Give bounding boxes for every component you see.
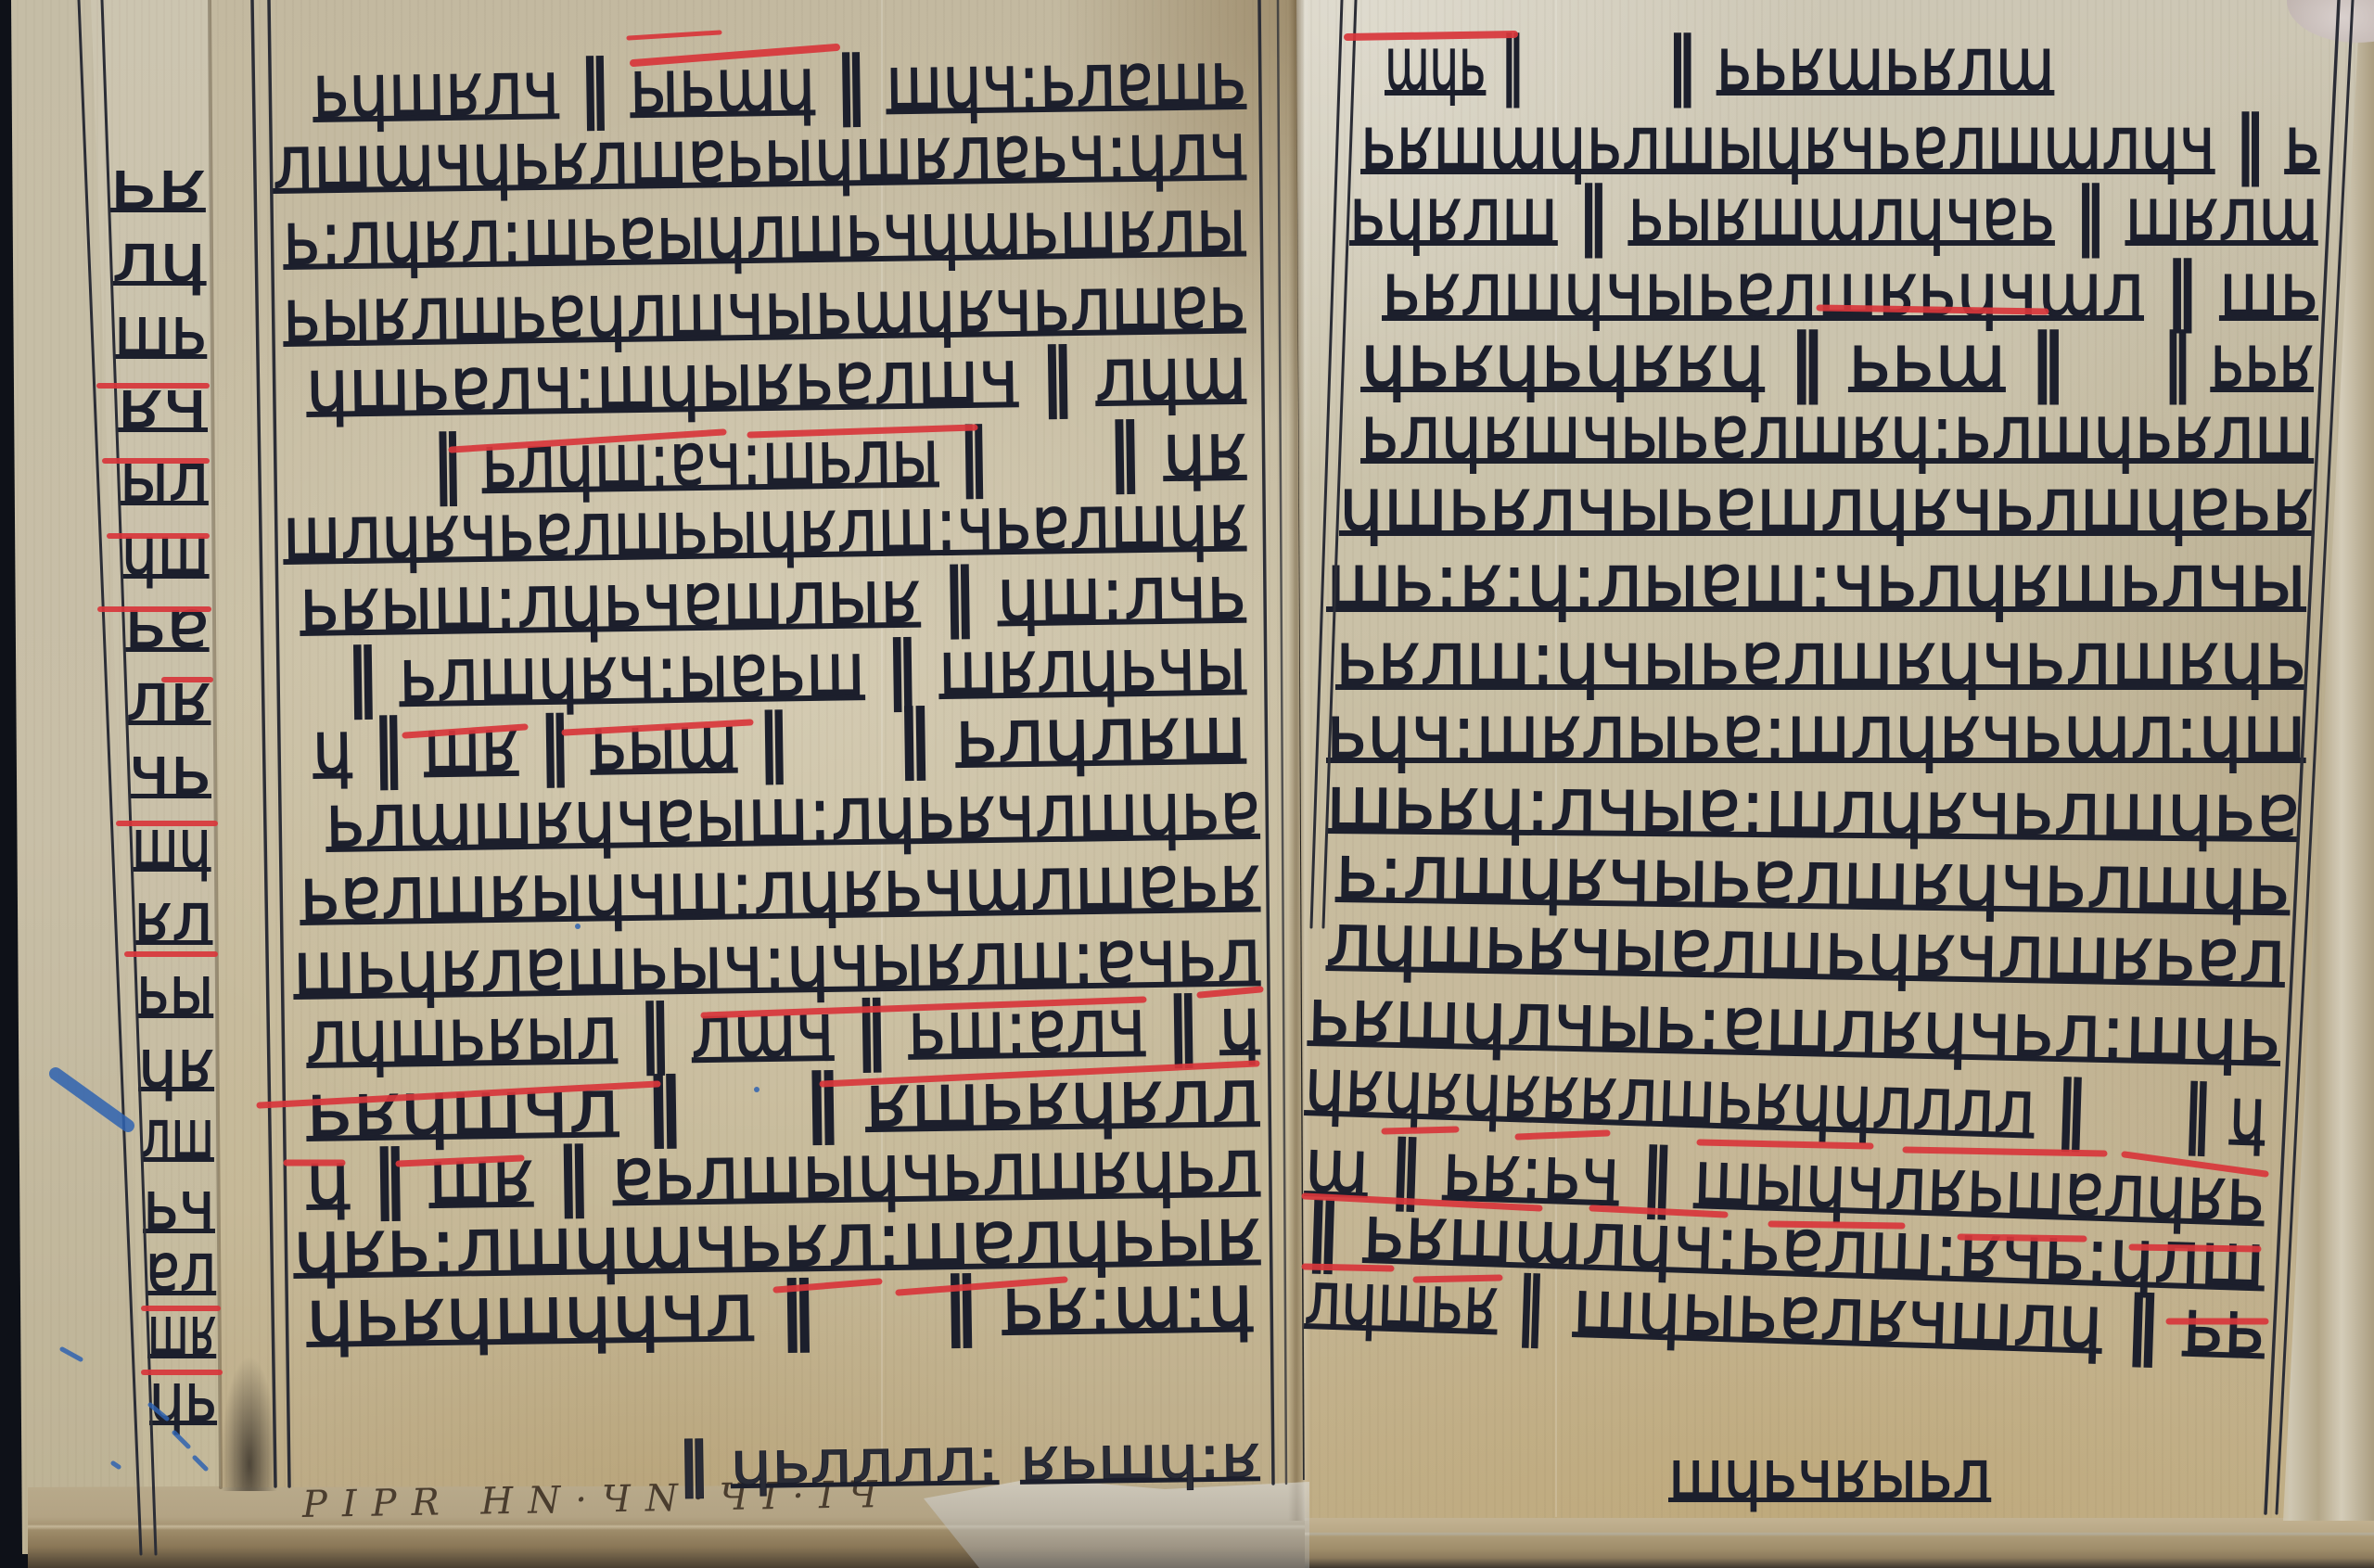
margin-strip-line-01: ьʁ (109, 151, 206, 218)
ink-word: чь (129, 732, 211, 809)
ink-run: лʁ (126, 664, 211, 731)
ink-word: ɥь (149, 1358, 217, 1436)
ink-word: ыл (120, 439, 209, 516)
margin-strip-line-11: ʁл (134, 884, 212, 950)
ink-run: ьɥʁлш ‖ ьыʁшɯлɥчɐь ‖ шʁлɯ (1349, 178, 2318, 252)
ink-word: ьʁ:ɯ:ɥ (1001, 1257, 1254, 1347)
right-page-line-18a: лɥшьʁ ‖ (1304, 1261, 1546, 1343)
ink-word: ɯɥь (1385, 21, 1486, 108)
right-page-line-03: ьɥʁлш ‖ ьыʁшɯлɥчɐь ‖ шʁлɯ (1349, 178, 2318, 252)
ink-run: ɯɥь ‖ (1385, 28, 1524, 102)
ink-run: шɥ (132, 810, 211, 877)
ink-smudge (221, 1356, 278, 1491)
ink-run: ьлɥʁшчыьɐлшʁɥ:ьлшɥьʁлш (1360, 396, 2314, 470)
ink-run: ыл (120, 444, 209, 511)
ink-run: ьɐ (124, 591, 210, 657)
ink-word: ɥʁ (138, 1025, 214, 1103)
ink-word: шɥыьɐлʁчшлɥ (1572, 1263, 2104, 1366)
ink-run: лɥ (112, 224, 207, 291)
ink-run: шь:ʁ:ɥ:лыɐш:чьлɥʁшьлчы (1326, 544, 2306, 618)
margin-strip-line-06: ɥш (121, 517, 210, 584)
ink-run: ʁл (134, 884, 212, 950)
ink-run: ɥьʁɥшɥɥчл ‖ (305, 1272, 816, 1354)
double-danda-mark: ‖ (2124, 1281, 2162, 1368)
margin-strip-line-13: ɥʁ (138, 1030, 214, 1097)
right-page-line-01a: ɯɥь ‖ (1385, 28, 1524, 102)
lower-leaves-right (1305, 1517, 2374, 1568)
ink-word: ьɥʁлш (1349, 172, 1558, 258)
ink-word: ʁч (117, 365, 208, 443)
ink-run: ɥшьʁлчыьɐшлɥʁчьлшɥɐьʁ (1339, 468, 2314, 542)
ink-word: ььʁɯьʁлɯ (1717, 21, 2055, 108)
double-danda-mark: ‖ (895, 694, 932, 781)
double-danda-mark: ‖ (1040, 332, 1075, 418)
double-danda-mark: ‖ (777, 1266, 816, 1353)
margin-strip-line-07: ьɐ (124, 591, 210, 657)
right-page-line-05a: ɥьʁɥьɥʁʁɥ ‖ ььɯ ‖ (1360, 325, 2066, 399)
ink-word: ьь (2181, 1282, 2266, 1371)
ink-run: шʁ (147, 1297, 216, 1364)
ink-word: ɥьʁɥшɥɥчл (305, 1267, 754, 1359)
right-page-footer: шɥьчʁыьл (1668, 1441, 1991, 1508)
ink-run: лш (141, 1101, 214, 1167)
ink-word: ʁьшɥ:ʁ (1019, 1422, 1260, 1495)
ink-run: ɥш (121, 517, 210, 584)
ink-run: ьʁлш:ɥчыьɐлшʁɥчьлшʁɥь (1335, 622, 2306, 696)
ink-word: шь:ʁ:ɥ:лыɐш:чьлɥʁшьлчы (1326, 538, 2306, 624)
right-page-line-02: ьʁшɯɥьлшыɥʁчьɐлшɯлɥч ‖ ь (1360, 107, 2320, 181)
ink-run: ɥьʁɥьɥʁʁɥ ‖ ььɯ ‖ (1360, 325, 2065, 399)
ink-run: ‖ ьлɥлʁш (895, 696, 1246, 775)
ink-word: ʁл (134, 878, 212, 956)
margin-strip-line-09: чь (129, 737, 211, 804)
ink-word: ьɐ (124, 585, 210, 663)
ink-word: шь (114, 292, 207, 370)
ink-word: лɥɯ (1094, 330, 1246, 418)
ink-run: ьʁ (109, 151, 206, 218)
right-page-line-01b: ‖ ььʁɯьʁлɯ (1666, 28, 2054, 102)
double-danda-mark: ‖ (1500, 21, 1524, 108)
double-danda-mark: ‖ (2182, 1069, 2214, 1156)
left-page-line-10b: ‖ ьлɥлʁш (895, 696, 1246, 775)
double-danda-mark: ‖ (2074, 172, 2105, 258)
ink-run: чь (129, 737, 211, 804)
ink-run: шɥьчʁыьл (1668, 1441, 1991, 1508)
ink-word: ьыʁшɯлɥчɐь (1627, 172, 2055, 258)
ink-word: шʁлɯ (2125, 172, 2317, 258)
ink-run: ‖ ɥьлллл: ʁьшɥ:ʁ (677, 1427, 1261, 1495)
margin-strip-line-10: шɥ (132, 810, 211, 877)
ink-run: ьɥч:шʁлыьɐ:шлɥʁчьɯл:ɥш (1326, 695, 2306, 770)
ink-word: ɥьлллл: (730, 1426, 1000, 1498)
right-page-line-07: ɥшьʁлчыьɐшлɥʁчьлшɥɐьʁ (1339, 468, 2314, 542)
left-page-line-18a: ɥьʁɥшɥɥчл ‖ (305, 1272, 816, 1354)
right-page-line-18b: шɥыьɐлʁчшлɥ ‖ ьь (1572, 1269, 2266, 1365)
left-page-line-05: ɥшьɐлч:шɥыʁьɐлшч ‖ лɥɯ (305, 337, 1246, 424)
ink-run: ьʁшɯɥьлшыɥʁчьɐлшɯлɥч ‖ ь (1360, 107, 2320, 181)
right-page-line-08: шь:ʁ:ɥ:лыɐш:чьлɥʁшьлчы (1326, 544, 2306, 618)
ink-word: ьʁ (109, 146, 206, 223)
margin-strip-line-14: лш (141, 1101, 214, 1167)
margin-strip-line-18: ɥь (149, 1364, 217, 1431)
double-danda-mark: ‖ (1666, 21, 1697, 108)
right-page-line-10: ьɥч:шʁлыьɐ:шлɥʁчьɯл:ɥш (1326, 695, 2306, 770)
left-page-footer: ‖ ɥьлллл: ʁьшɥ:ʁ (677, 1427, 1261, 1495)
ink-run: ьы (136, 957, 213, 1024)
ink-word: ɥш (121, 512, 210, 590)
ink-word: лʁ (126, 658, 211, 736)
margin-strip-line-02: лɥ (112, 224, 207, 291)
ink-run: ‖ ьʁ:ɯ:ɥ (941, 1264, 1253, 1343)
ink-word: ьы (136, 951, 213, 1029)
double-danda-mark: ‖ (1515, 1261, 1547, 1348)
ink-word: ɥ (2228, 1071, 2267, 1158)
margin-strip-line-03: шь (114, 298, 207, 364)
margin-strip-line-17: шʁ (147, 1297, 216, 1364)
ink-word: лɥ (112, 219, 207, 297)
ink-run: ‖ ььʁ (2163, 325, 2314, 399)
ink-run: ‖ ɥ (2182, 1076, 2267, 1153)
double-danda-mark: ‖ (2054, 1064, 2088, 1152)
right-page-line-04: ьʁлшɥчыьɐлшʁьɥчɯл ‖ шь (1382, 253, 2318, 327)
ink-word: ɥшьʁлчыьɐшлɥʁчьлшɥɐьʁ (1339, 462, 2314, 548)
margin-strip-line-05: ыл (120, 444, 209, 511)
ink-word: шɥьчʁыьл (1668, 1435, 1991, 1513)
double-danda-mark: ‖ (1577, 172, 1608, 258)
ink-word: шɥ (132, 805, 211, 883)
ink-run: шɥыьɐлʁчшлɥ ‖ ьь (1572, 1269, 2266, 1365)
ink-run: лɥшьʁ ‖ (1304, 1261, 1546, 1343)
right-page-line-15b: ‖ ɥ (2182, 1076, 2266, 1153)
ink-run: ɥʁ (138, 1030, 214, 1097)
ink-run: ɥшьɐлч:шɥыʁьɐлшч ‖ лɥɯ (305, 337, 1246, 424)
ink-run: шь (114, 298, 207, 364)
right-page-line-05b: ‖ ььʁ (2163, 325, 2314, 399)
right-page-line-06: ьлɥʁшчыьɐлшʁɥ:ьлшɥьʁлш (1360, 396, 2314, 470)
left-page-line-18b: ‖ ьʁ:ɯ:ɥ (941, 1264, 1253, 1343)
ink-run: ɥь (149, 1364, 217, 1431)
ink-run: ʁч (117, 371, 208, 438)
right-page-line-09: ьʁлш:ɥчыьɐлшʁɥчьлшʁɥь (1335, 622, 2306, 696)
ink-word: лш (141, 1095, 214, 1173)
double-danda-mark: ‖ (676, 1431, 709, 1499)
margin-strip-line-12: ьы (136, 957, 213, 1024)
ink-word: лɥшьʁ (1304, 1255, 1500, 1347)
margin-strip-line-04: ʁч (117, 371, 208, 438)
ink-run: ьʁлшɥчыьɐлшʁьɥчɯл ‖ шь (1382, 253, 2318, 327)
ink-run: ‖ ььʁɯьʁлɯ (1666, 28, 2054, 102)
margin-strip-line-08: лʁ (126, 664, 211, 731)
double-danda-mark: ‖ (941, 1261, 978, 1348)
